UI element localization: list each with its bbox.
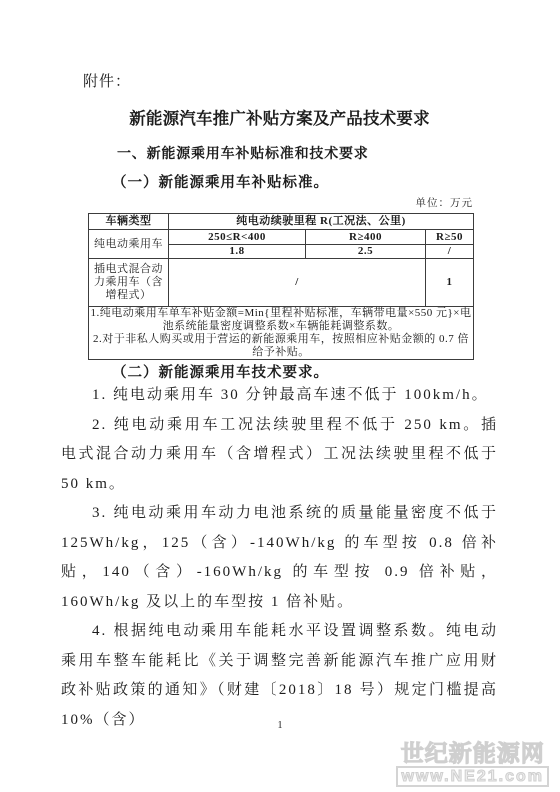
document-page: 附件： 新能源汽车推广补贴方案及产品技术要求 一、新能源乘用车补贴标准和技术要求… bbox=[0, 0, 560, 792]
table-cell-bev-subsidy-3: / bbox=[426, 245, 474, 259]
table-cell-range-bin-2: R≥400 bbox=[306, 230, 426, 245]
document-title: 新能源汽车推广补贴方案及产品技术要求 bbox=[61, 105, 498, 129]
table-cell-bev-label: 纯电动乘用车 bbox=[89, 230, 169, 259]
watermark-site-url: www.NE21.com bbox=[396, 766, 549, 787]
watermark: 世纪新能源网 www.NE21.com bbox=[396, 741, 549, 787]
subsection-2-heading: （二）新能源乘用车技术要求。 bbox=[112, 361, 329, 382]
table-notes: 1.纯电动乘用车单车补贴金额=Min{里程补贴标准，车辆带电量×550 元}×电… bbox=[89, 307, 474, 360]
requirement-paragraph-2: 2. 纯电动乘用车工况法续驶里程不低于 250 km。插电式混合动力乘用车（含增… bbox=[61, 411, 498, 500]
body-text: 1. 纯电动乘用车 30 分钟最高车速不低于 100km/h。 2. 纯电动乘用… bbox=[61, 381, 498, 735]
table-header-vehicle-type: 车辆类型 bbox=[89, 214, 169, 230]
requirement-paragraph-4: 4. 根据纯电动乘用车能耗水平设置调整系数。纯电动乘用车整车能耗比《关于调整完善… bbox=[61, 617, 498, 735]
subsection-1-heading: （一）新能源乘用车补贴标准。 bbox=[112, 171, 329, 192]
table-note-1: 1.纯电动乘用车单车补贴金额=Min{里程补贴标准，车辆带电量×550 元}×电… bbox=[90, 307, 472, 333]
table-cell-range-bin-1: 250≤R<400 bbox=[169, 230, 306, 245]
table-cell-phev-merged: / bbox=[169, 259, 426, 307]
table-cell-bev-subsidy-2: 2.5 bbox=[306, 245, 426, 259]
page-number: 1 bbox=[0, 720, 560, 731]
table-cell-range-bin-3: R≥50 bbox=[426, 230, 474, 245]
table-cell-bev-subsidy-1: 1.8 bbox=[169, 245, 306, 259]
requirement-paragraph-3: 3. 纯电动乘用车动力电池系统的质量能量密度不低于 125Wh/kg，125（含… bbox=[61, 499, 498, 617]
table-cell-phev-label: 插电式混合动力乘用车（含增程式） bbox=[89, 259, 169, 307]
table-header-range: 纯电动续驶里程 R(工况法、公里) bbox=[169, 214, 474, 230]
subsidy-table: 车辆类型 纯电动续驶里程 R(工况法、公里) 纯电动乘用车 250≤R<400 … bbox=[88, 213, 473, 360]
attachment-label: 附件： bbox=[83, 70, 131, 91]
requirement-paragraph-1: 1. 纯电动乘用车 30 分钟最高车速不低于 100km/h。 bbox=[61, 381, 498, 411]
table-cell-phev-subsidy: 1 bbox=[426, 259, 474, 307]
table-note-2: 2.对于非私人购买或用于营运的新能源乘用车，按照相应补贴金额的 0.7 倍给予补… bbox=[90, 333, 472, 359]
watermark-site-name: 世纪新能源网 bbox=[396, 741, 549, 765]
section-1-heading: 一、新能源乘用车补贴标准和技术要求 bbox=[117, 143, 369, 163]
table-unit-label: 单位：万元 bbox=[88, 195, 473, 210]
